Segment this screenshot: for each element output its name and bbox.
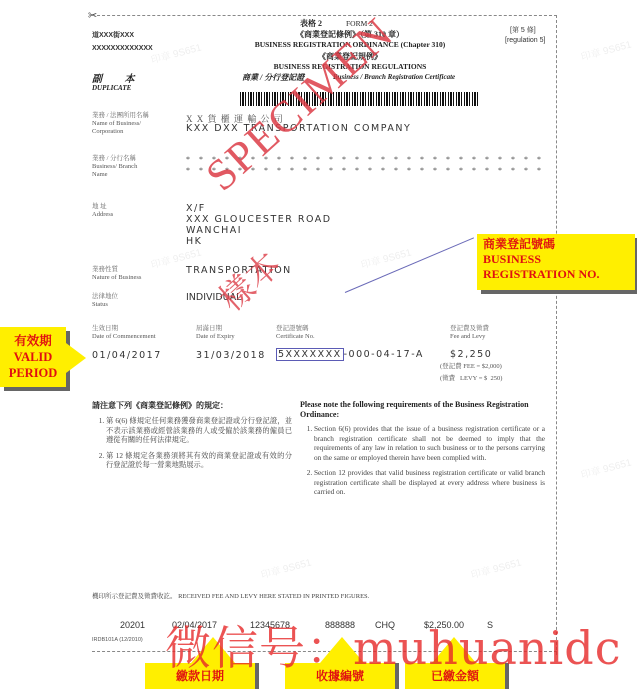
nature-label: 業務性質 Nature of Business (92, 266, 141, 282)
branch-name-label: 業務 / 分行名稱 Business/ Branch Name (92, 155, 142, 179)
receipt-statement: 機印所示登記費及徵費收訖。 RECEIVED FEE AND LEVY HERE… (92, 591, 369, 600)
faint-watermark: 印章 9S651 (579, 454, 633, 482)
corner-code-2: XXXXXXXXXXXXX (92, 45, 153, 52)
note-en-item: Section 6(6) provides that the issue of … (314, 424, 545, 462)
cut-line-right (556, 15, 557, 655)
expiry-value: 31/03/2018 (196, 350, 266, 361)
business-name-label: 業務 / 法團所用名稱 Name of Business/ Corporatio… (92, 112, 162, 136)
notes-list-en: Section 6(6) provides that the issue of … (300, 420, 545, 503)
specimen-watermark-cn: 樣本 (206, 239, 289, 321)
fee-breakdown: (登記費 FEE = $2,000) (440, 363, 502, 371)
certificate-no-label: 登記證號碼 Certificate No. (276, 325, 315, 341)
address-label: 地 址 Address (92, 203, 113, 219)
status-label: 法律地位 Status (92, 293, 118, 309)
callout-business-registration-no: 商業登記號碼 BUSINESS REGISTRATION NO. (477, 234, 635, 290)
form-code: IRDB101A (12/2010) (92, 637, 143, 643)
note-cn-item: 第 6(6) 條規定任何業務獲發商業登記證或分行登記證，並不表示該業務或經營該業… (106, 416, 292, 445)
faint-watermark: 印章 9S651 (579, 36, 633, 64)
note-en-item: Section 12 provides that valid business … (314, 468, 545, 497)
corner-code-1: 道XXX街XXX (92, 30, 134, 40)
faint-watermark: 印章 9S651 (149, 39, 203, 67)
business-registration-number: 5XXXXXXX (276, 348, 344, 361)
schedule-cn: 表格 2 (300, 18, 322, 29)
certificate-no-value: 5XXXXXXX-000-04-17-A (276, 349, 424, 360)
notes-title-en: Please note the following requirements o… (300, 400, 545, 420)
wechat-watermark: 微信号：muhuanidc (165, 612, 621, 678)
commencement-label: 生效日期 Date of Commencement (92, 325, 156, 341)
commencement-value: 01/04/2017 (92, 350, 162, 361)
regulation-ref-en: [regulation 5] (505, 37, 545, 44)
regulation-ref-cn: [第 5 條] (510, 25, 536, 35)
faint-watermark: 印章 9S651 (469, 554, 523, 582)
receipt-branch-code: 20201 (120, 620, 145, 630)
notes-list-cn: 第 6(6) 條規定任何業務獲發商業登記證或分行登記證，並不表示該業務或經營該業… (92, 412, 292, 476)
expiry-label: 屆滿日期 Date of Expiry (196, 325, 235, 341)
arrow-right-icon (66, 343, 86, 373)
fee-label: 登記費及徵費 Fee and Levy (450, 325, 489, 341)
notes-title-cn: 請注意下列《商業登記條例》的規定： (92, 400, 292, 411)
duplicate-en: DUPLICATE (92, 84, 131, 92)
fee-value: $2,250 (450, 349, 492, 360)
note-cn-item: 第 12 條規定各業務須將其有效的商業登記證或有效的分行登記證於每一營業地點展示… (106, 451, 292, 470)
callout-valid-period: 有效期 VALID PERIOD (0, 327, 66, 387)
levy-breakdown: (徵費 LEVY = $ 250) (440, 375, 502, 383)
duplicate-cn: 副 本 (92, 70, 145, 85)
faint-watermark: 印章 9S651 (259, 554, 313, 582)
cut-line-top (92, 15, 557, 16)
